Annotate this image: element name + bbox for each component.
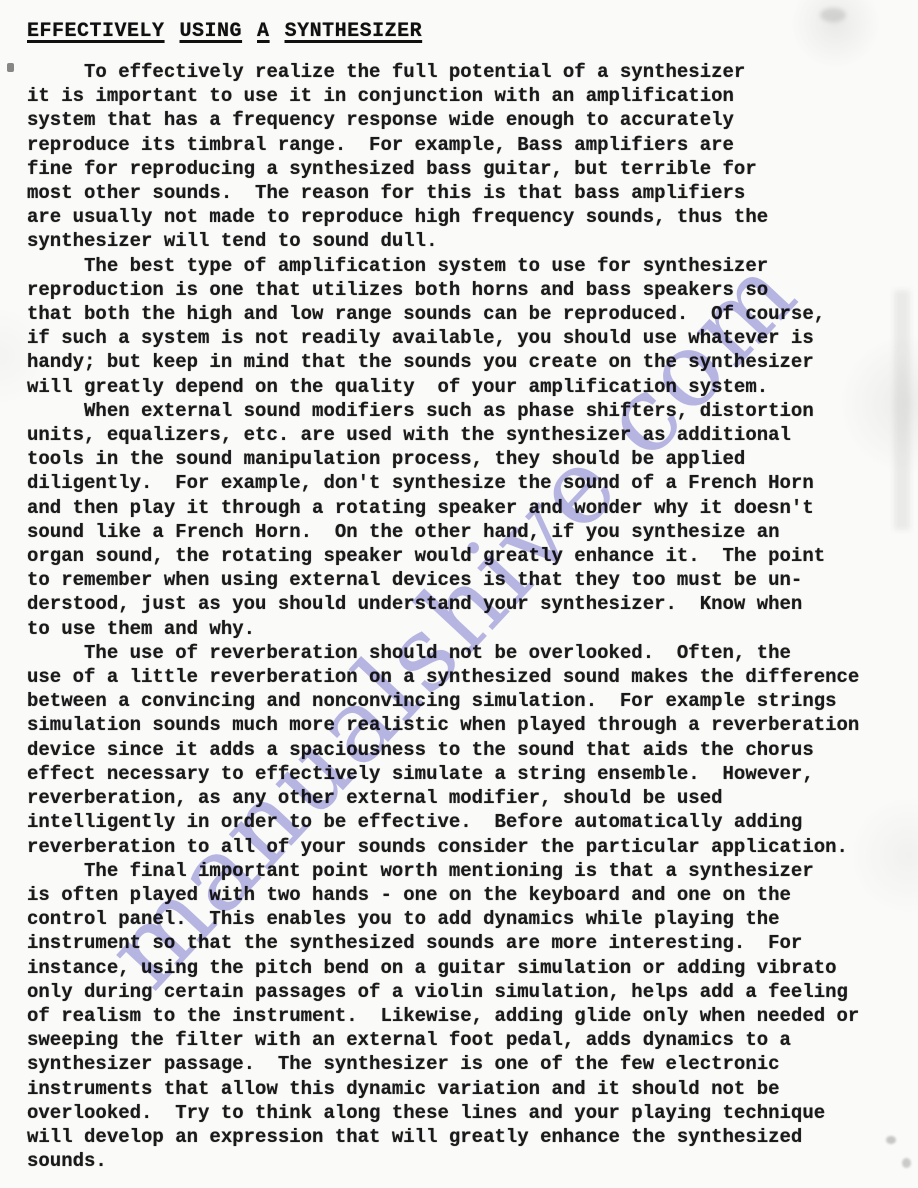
title-word: A <box>257 20 270 43</box>
paragraph-external-modifiers: When external sound modifiers such as ph… <box>27 399 905 641</box>
title-word: USING <box>180 20 243 43</box>
paragraph-reverberation: The use of reverberation should not be o… <box>27 641 905 859</box>
paragraph-best-amplification: The best type of amplification system to… <box>27 254 905 399</box>
page-title: EFFECTIVELYUSINGASYNTHESIZER <box>27 20 905 43</box>
title-word: SYNTHESIZER <box>285 20 423 43</box>
scanned-manual-page: EFFECTIVELYUSINGASYNTHESIZER To effectiv… <box>0 0 918 1188</box>
paragraph-two-hands: The final important point worth mentioni… <box>27 859 905 1174</box>
page-content: EFFECTIVELYUSINGASYNTHESIZER To effectiv… <box>27 20 905 1173</box>
title-word: EFFECTIVELY <box>27 20 165 43</box>
scan-artifact-dot <box>7 63 14 72</box>
paragraph-amplification-intro: To effectively realize the full potentia… <box>27 60 905 254</box>
